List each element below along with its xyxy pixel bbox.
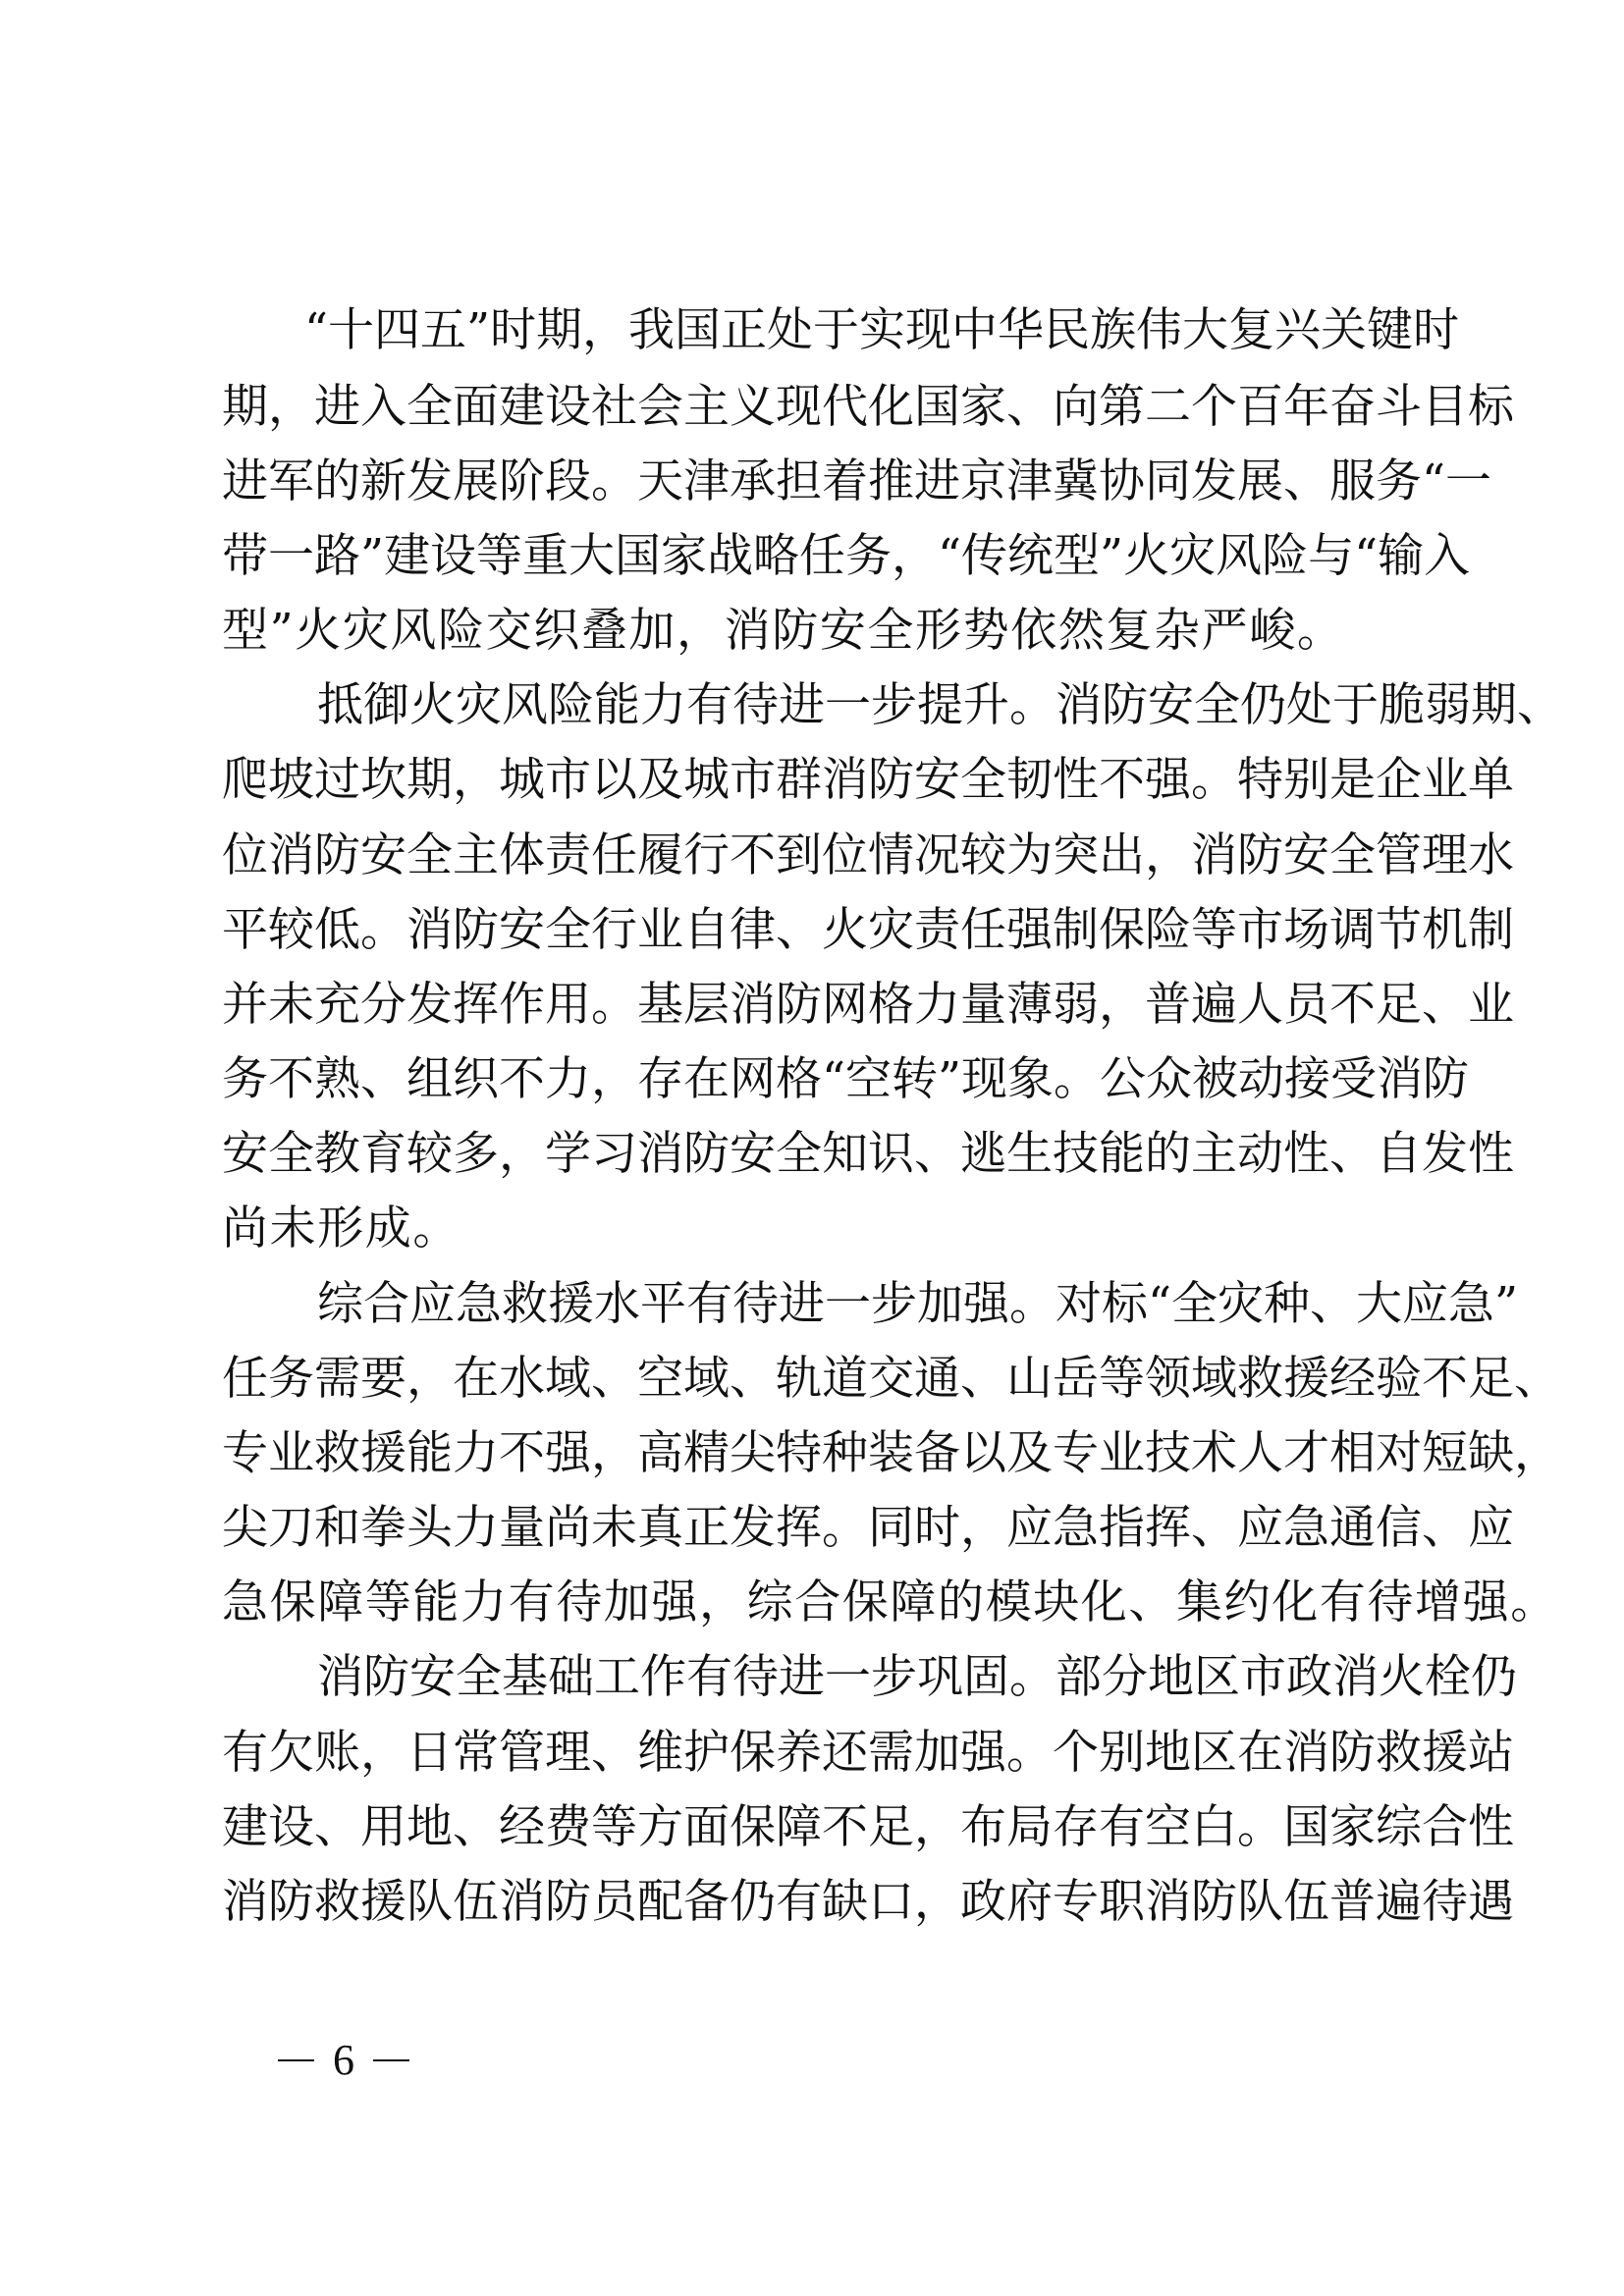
page-number-left-dash [278, 2059, 314, 2061]
paragraph-2-line-6: 务不熟、组织不力，存在网格“空转”现象。公众被动接受消防 [222, 1042, 1416, 1117]
paragraph-4-line-3: 建设、用地、经费等方面保障不足，布局存有空白。国家综合性 [222, 1790, 1416, 1865]
paragraph-3-line-3: 专业救援能力不强，高精尖特种装备以及专业技术人才相对短缺， [222, 1416, 1416, 1491]
paragraph-3-line-1: 综合应急救援水平有待进一步加强。对标“全灾种、大应急” [317, 1267, 1416, 1342]
paragraph-4-line-4: 消防救援队伍消防员配备仍有缺口，政府专职消防队伍普遍待遇 [222, 1865, 1416, 1940]
page-number-value: 6 [314, 2036, 373, 2085]
paragraph-4-line-2: 有欠账，日常管理、维护保养还需加强。个别地区在消防救援站 [222, 1716, 1416, 1790]
paragraph-4-line-1: 消防安全基础工作有待进一步巩固。部分地区市政消火栓仍 [317, 1640, 1416, 1715]
paragraph-3-line-2: 任务需要，在水域、空域、轨道交通、山岳等领域救援经验不足、 [222, 1342, 1416, 1416]
paragraph-2-line-1: 抵御火灾风险能力有待进一步提升。消防安全仍处于脆弱期、 [317, 668, 1416, 743]
paragraph-2-line-4: 平较低。消防安全行业自律、火灾责任强制保险等市场调节机制 [222, 893, 1416, 968]
paragraph-2-line-8: 尚未形成。 [222, 1192, 460, 1266]
paragraph-3-line-4: 尖刀和拳头力量尚未真正发挥。同时，应急指挥、应急通信、应 [222, 1491, 1416, 1566]
paragraph-2-line-7: 安全教育较多，学习消防安全知识、逃生技能的主动性、自发性 [222, 1117, 1416, 1192]
document-page: “十四五”时期，我国正处于实现中华民族伟大复兴关键时 期，进入全面建设社会主义现… [0, 0, 1624, 2296]
paragraph-2-line-2: 爬坡过坎期，城市以及城市群消防安全韧性不强。特别是企业单 [222, 743, 1416, 818]
paragraph-1-line-2: 期，进入全面建设社会主义现代化国家、向第二个百年奋斗目标 [222, 370, 1416, 445]
page-number-right-dash [373, 2059, 409, 2061]
paragraph-1-line-1: “十四五”时期，我国正处于实现中华民族伟大复兴关键时 [304, 294, 1416, 368]
paragraph-1-line-3: 进军的新发展阶段。天津承担着推进京津冀协同发展、服务“一 [222, 445, 1416, 519]
paragraph-2-line-3: 位消防安全主体责任履行不到位情况较为突出，消防安全管理水 [222, 819, 1416, 893]
paragraph-2-line-5: 并未充分发挥作用。基层消防网格力量薄弱，普遍人员不足、业 [222, 968, 1416, 1042]
paragraph-3-line-5: 急保障等能力有待加强，综合保障的模块化、集约化有待增强。 [222, 1566, 1558, 1640]
page-number: 6 [278, 2036, 409, 2085]
paragraph-1-line-4: 带一路”建设等重大国家战略任务，“传统型”火灾风险与“输入 [222, 519, 1416, 594]
paragraph-1-line-5: 型”火灾风险交织叠加，消防安全形势依然复杂严峻。 [222, 594, 1344, 668]
